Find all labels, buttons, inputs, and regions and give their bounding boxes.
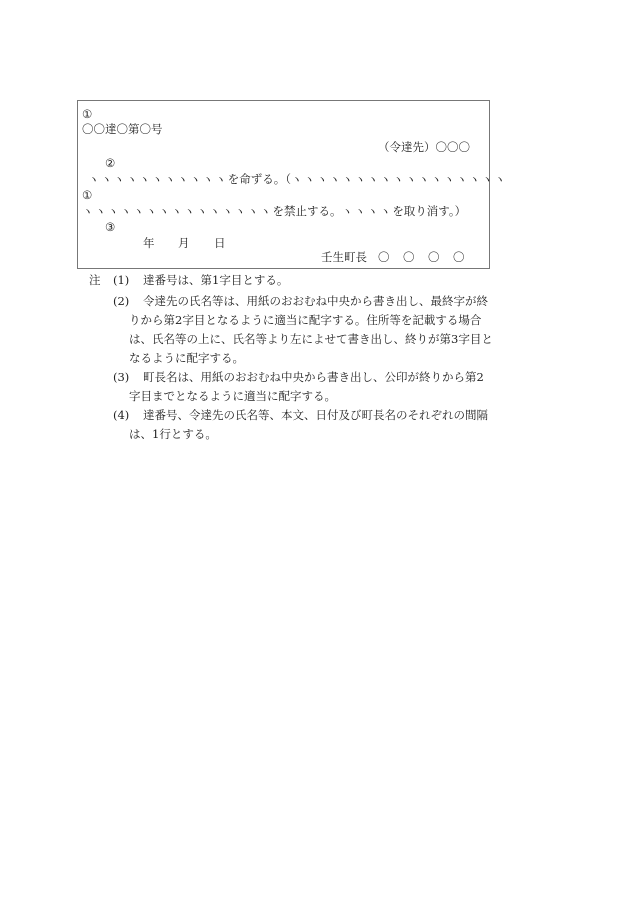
note-text: 字目までとなるように適当に配字する。: [129, 388, 336, 404]
marker-1-body: ①: [82, 187, 92, 203]
marker-2: ②: [105, 155, 115, 171]
body-line-1: ヽヽヽヽヽヽヽヽヽヽヽを命ずる。（ヽヽヽヽヽヽヽヽヽヽヽヽヽヽヽヽヽ: [88, 171, 507, 187]
mayor-name: 〇 〇 〇 〇: [378, 249, 466, 265]
marker-3: ③: [105, 219, 115, 235]
date-year: 年: [143, 235, 155, 251]
document-page: ① 〇〇達〇第〇号 （令達先）〇〇〇 ② ヽヽヽヽヽヽヽヽヽヽヽを命ずる。（ヽヽ…: [0, 0, 630, 915]
document-number: 〇〇達〇第〇号: [82, 121, 163, 137]
notes-heading: 注: [89, 272, 101, 288]
note-number: (4): [113, 407, 129, 423]
note-number: (2): [113, 293, 129, 309]
recipient: （令達先）〇〇〇: [378, 139, 470, 155]
note-text: りから第2字目となるように適当に配字する。住所等を記載する場合: [129, 312, 481, 328]
placeholder-marks: ヽヽヽヽヽヽヽヽヽヽヽ: [88, 172, 228, 186]
note-number: (3): [113, 369, 129, 385]
body-text-revoke: を取り消す。）: [392, 204, 466, 218]
placeholder-marks: ヽヽヽヽ: [342, 204, 393, 218]
note-text: 町長名は、用紙のおおむね中央から書き出し、公印が終りから第2: [143, 369, 484, 385]
date-month: 月: [178, 235, 190, 251]
body-line-2: ヽヽヽヽヽヽヽヽヽヽヽヽヽヽヽを禁止する。ヽヽヽヽを取り消す。）: [82, 203, 466, 219]
marker-1-top: ①: [82, 106, 92, 122]
date-day: 日: [214, 235, 226, 251]
placeholder-marks: ヽヽヽヽヽヽヽヽヽヽヽヽヽヽヽヽヽ: [291, 172, 507, 186]
note-number: (1): [113, 272, 129, 288]
note-text: なるように配字する。: [129, 350, 244, 366]
mayor-title: 壬生町長: [321, 249, 367, 265]
note-text: は、氏名等の上に、氏名等より左によせて書き出し、終りが第3字目と: [129, 331, 493, 347]
body-text-prohibit: を禁止する。: [273, 204, 342, 218]
note-text: 達番号、令達先の氏名等、本文、日付及び町長名のそれぞれの間隔: [143, 407, 488, 423]
placeholder-marks: ヽヽヽヽヽヽヽヽヽヽヽヽヽヽヽ: [82, 204, 273, 218]
form-template-box: ① 〇〇達〇第〇号 （令達先）〇〇〇 ② ヽヽヽヽヽヽヽヽヽヽヽを命ずる。（ヽヽ…: [77, 100, 490, 269]
body-text-order: を命ずる。（: [228, 172, 291, 186]
note-text: 達番号は、第1字目とする。: [143, 272, 288, 288]
note-text: は、1行とする。: [129, 426, 217, 442]
note-text: 令達先の氏名等は、用紙のおおむね中央から書き出し、最終字が終: [143, 293, 488, 309]
